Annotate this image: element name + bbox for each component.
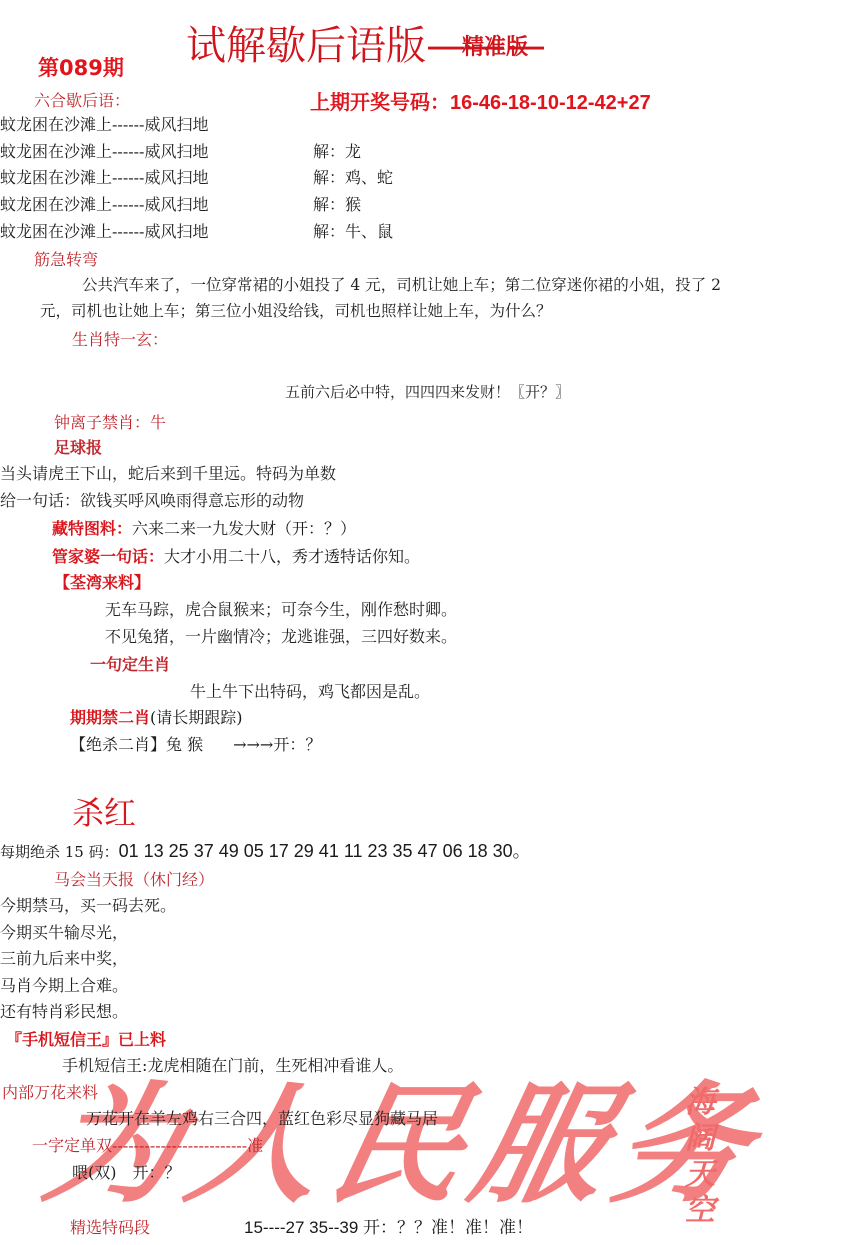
hidden-pic-text: 六来二来一九发大财（开：？） <box>132 519 356 538</box>
last-draw: 上期开奖号码：16-46-18-10-12-42+27 <box>310 86 651 115</box>
title-suffix: 精准版 <box>462 30 528 61</box>
football-line-2: 给一句话：欲钱买呼风唤雨得意忘形的动物 <box>0 488 304 511</box>
zodiac-mystery-text: 五前六后必中特，四四四来发财！〖开？〗 <box>285 381 570 402</box>
kill-red-numbers: 01 13 25 37 49 05 17 29 41 11 23 35 47 0… <box>119 841 531 861</box>
hidden-pic: 藏特图料：六来二来一九发大财（开：？） <box>52 516 356 539</box>
issue-number: 第089期 <box>38 52 124 82</box>
kill-red-title: 杀红 <box>72 788 136 834</box>
ban-two-note: (请长期跟踪) <box>150 708 243 727</box>
football-line-1: 当头请虎王下山，蛇后来到千里远。特码为单数 <box>0 461 336 484</box>
riddle-label: 筋急转弯 <box>34 247 98 270</box>
horse-report-line: 还有特肖彩民想。 <box>0 999 128 1022</box>
one-sentence-text: 牛上牛下出特码，鸡飞都因是乱。 <box>190 679 430 702</box>
football-label: 足球报 <box>54 435 102 458</box>
ban-two: 期期禁二肖(请长期跟踪) <box>70 705 243 728</box>
wanhua-label: 内部万花来料 <box>2 1080 98 1103</box>
xiehouyu-answer: 解：牛、鼠 <box>313 219 393 242</box>
odd-even-answer: 喂(双) 开：？ <box>72 1160 181 1183</box>
riddle-line-1: 公共汽车来了，一位穿常裙的小姐投了 4 元，司机让她上车；第二位穿迷你裙的小姐，… <box>82 273 721 295</box>
zodiac-mystery-label: 生肖特一玄： <box>72 327 168 350</box>
odd-even-dashes: ------------------------- <box>112 1136 247 1155</box>
xiehouyu-answer: 解：鸡、蛇 <box>313 165 393 188</box>
xiehouyu-label: 六合歇后语： <box>34 88 130 111</box>
hidden-pic-label: 藏特图料： <box>52 519 132 538</box>
zhongli-label: 钟离子禁肖：牛 <box>54 410 166 433</box>
title-text: 试解歇后语版 <box>186 23 426 69</box>
kill-red-label: 每期绝杀 15 码： <box>0 843 119 861</box>
housekeeper-text: 大才小用二十八，秀才透特话你知。 <box>164 547 420 566</box>
quanwan-line-1: 无车马踪，虎合鼠猴来；可奈今生，刚作愁时卿。 <box>105 597 457 620</box>
horse-report-line: 三前九后来中奖， <box>0 946 128 969</box>
wanhua-text: 万花开在羊左鸡右三合四，蓝红色彩尽显狗藏马居 <box>86 1106 438 1129</box>
kill-two-arrows: →→→开：？ <box>233 735 321 754</box>
sms-king-label: 『手机短信王』已上料 <box>6 1027 166 1050</box>
xiehouyu-row: 蚊龙困在沙滩上------威风扫地 <box>0 139 208 162</box>
xiehouyu-answer: 解：猴 <box>313 192 361 215</box>
horse-report-line: 马肖今期上合难。 <box>0 973 128 996</box>
riddle-line-2: 元，司机也让她上车；第三位小姐没给钱，司机也照样让她上车，为什么？ <box>40 299 552 321</box>
odd-even-label: 一字定单双 <box>32 1136 112 1155</box>
housekeeper: 管家婆一句话：大才小用二十八，秀才透特话你知。 <box>52 544 420 567</box>
one-sentence-label: 一句定生肖 <box>90 652 170 675</box>
kill-red-row: 每期绝杀 15 码：01 13 25 37 49 05 17 29 41 11 … <box>0 837 531 863</box>
quanwan-line-2: 不见兔猪，一片幽情冷；龙逃谁强，三四好数来。 <box>105 624 457 647</box>
housekeeper-label: 管家婆一句话： <box>52 547 164 566</box>
odd-even: 一字定单双-------------------------准 <box>32 1133 263 1156</box>
last-draw-label: 上期开奖号码： <box>310 90 450 114</box>
selected-text: 15----27 35--39 开：？？准！准！准！ <box>244 1213 533 1238</box>
kill-two: 【绝杀二肖】兔 猴→→→开：？ <box>70 732 321 755</box>
xiehouyu-row: 蚊龙困在沙滩上------威风扫地 <box>0 165 208 188</box>
xiehouyu-row: 蚊龙困在沙滩上------威风扫地 <box>0 112 208 135</box>
kill-two-label: 【绝杀二肖】兔 猴 <box>70 735 203 754</box>
watermark-side-text: 海阔天空 <box>680 1085 720 1229</box>
horse-report-label: 马会当天报（休门经） <box>54 867 214 890</box>
quanwan-label: 【荃湾来料】 <box>54 570 150 593</box>
xiehouyu-row: 蚊龙困在沙滩上------威风扫地 <box>0 192 208 215</box>
last-draw-numbers: 16-46-18-10-12-42+27 <box>450 92 651 114</box>
sms-king-text: 手机短信王:龙虎相随在门前，生死相冲看谁人。 <box>62 1053 403 1076</box>
xiehouyu-answer: 解：龙 <box>313 139 361 162</box>
horse-report-line: 今期禁马，买一码去死。 <box>0 893 176 916</box>
horse-report-line: 今期买牛输尽光， <box>0 920 128 943</box>
selected-label: 精选特码段 <box>70 1215 150 1238</box>
odd-even-suffix: 准 <box>247 1136 263 1155</box>
xiehouyu-row: 蚊龙困在沙滩上------威风扫地 <box>0 219 208 242</box>
ban-two-label: 期期禁二肖 <box>70 708 150 727</box>
